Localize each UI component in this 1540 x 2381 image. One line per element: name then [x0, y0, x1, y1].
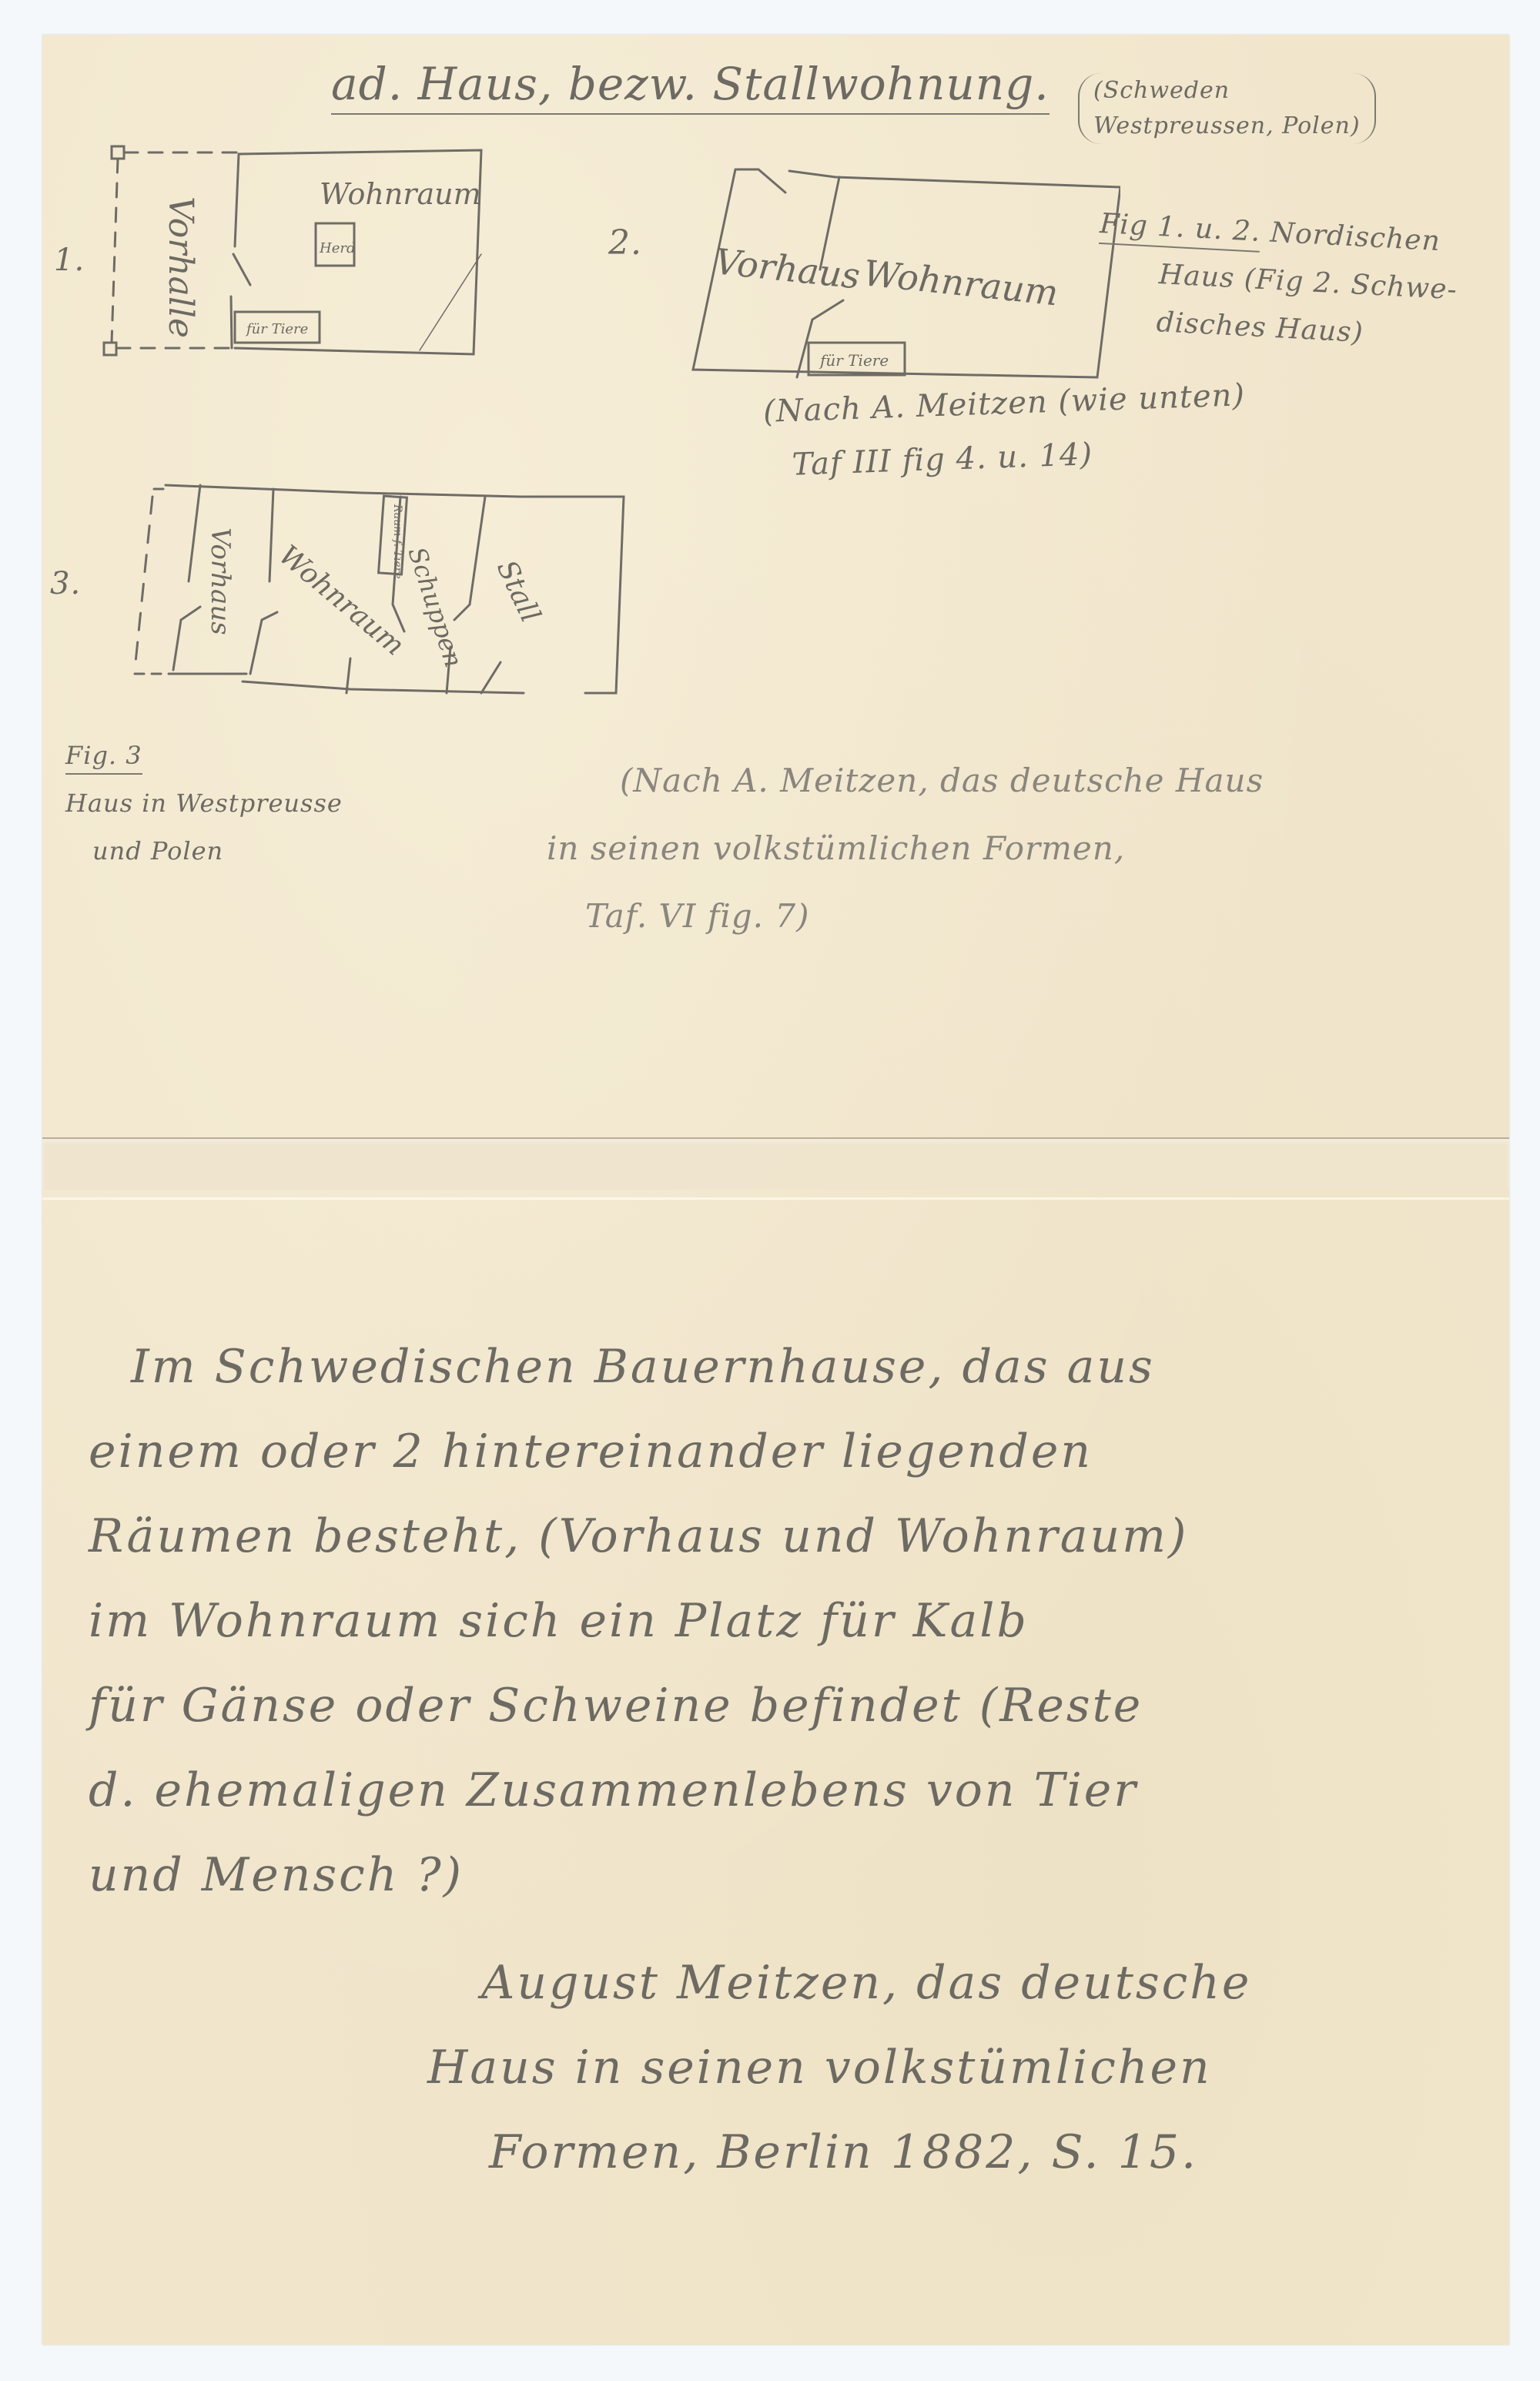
- fig3-label: Fig. 3: [65, 741, 142, 775]
- figure-1-floorplan: Vorhalle Wohnraum Herd für Tiere: [96, 139, 527, 370]
- fig3-source-line-2: in seinen volkstümlichen Formen,: [547, 815, 1264, 882]
- body-line-2: einem oder 2 hintereinander liegenden: [89, 1409, 1188, 1494]
- figure-2-number: 2.: [608, 223, 642, 263]
- citation-line-2: Haus in seinen volkstümlichen: [427, 2025, 1251, 2110]
- body-line-3: Räumen besteht, (Vorhaus und Wohnraum): [89, 1494, 1188, 1579]
- body-line-6: d. ehemaligen Zusammenlebens von Tier: [89, 1748, 1188, 1833]
- fig12-source: (Nach A. Meitzen (wie unten) Taf III fig…: [762, 368, 1248, 493]
- figure-3-room-stall: Stall: [490, 555, 547, 627]
- citation-line-1: August Meitzen, das deutsche: [427, 1941, 1251, 2025]
- fig12-label: Fig 1. u. 2.: [1099, 208, 1261, 253]
- fig3-caption: Fig. 3 Haus in Westpreusse und Polen: [65, 732, 343, 875]
- figure-2-fuer-tiere: für Tiere: [819, 351, 889, 370]
- figure-1-number: 1.: [54, 243, 85, 278]
- figure-3-number: 3.: [50, 566, 81, 601]
- figure-3-room-schuppen: Schuppen: [402, 544, 468, 671]
- fig3-source-line-3: Taf. VI fig. 7): [547, 882, 1264, 950]
- body-line-4: im Wohnraum sich ein Platz für Kalb: [89, 1579, 1188, 1663]
- fig3-line-2: und Polen: [65, 827, 343, 875]
- figure-3-floorplan: Vorhaus Wohnraum Schuppen Stall Raum f. …: [85, 466, 639, 720]
- figure-3-room-wohnraum: Wohnraum: [273, 539, 410, 661]
- fig3-source-line-1: (Nach A. Meitzen, das deutsche Haus: [547, 747, 1264, 815]
- fig12-line-1: Nordischen: [1270, 217, 1441, 258]
- paper-fold: [42, 1137, 1509, 1190]
- figure-3-raum-tiere: Raum f. Tiere: [391, 504, 403, 579]
- citation-line-3: Formen, Berlin 1882, S. 15.: [427, 2110, 1251, 2195]
- side-note-line-1: (Schweden: [1093, 73, 1361, 109]
- figure-1-herd: Herd: [319, 240, 355, 256]
- page-title: ad. Haus, bezw. Stallwohnung.: [331, 58, 1050, 110]
- figure-1-fuer-tiere: für Tiere: [245, 321, 308, 337]
- figure-1-room-vorhalle: Vorhalle: [161, 196, 200, 338]
- figure-2-floorplan: Vorhaus Wohnraum für Tiere: [643, 158, 1120, 389]
- body-line-7: und Mensch ?): [89, 1833, 1188, 1917]
- figure-2-room-vorhaus: Vorhaus: [713, 240, 862, 296]
- body-line-1: Im Schwedischen Bauernhause, das aus: [89, 1324, 1188, 1409]
- body-text: Im Schwedischen Bauernhause, das aus ein…: [89, 1324, 1188, 1917]
- fig3-line-1: Haus in Westpreusse: [65, 779, 343, 827]
- paper-crease: [42, 1197, 1509, 1200]
- fig12-caption: Fig 1. u. 2. Nordischen Haus (Fig 2. Sch…: [1093, 200, 1461, 362]
- side-note-line-2: Westpreussen, Polen): [1093, 109, 1361, 144]
- fig3-source: (Nach A. Meitzen, das deutsche Haus in s…: [547, 747, 1264, 950]
- manuscript-page: ad. Haus, bezw. Stallwohnung. (Schweden …: [42, 35, 1509, 2345]
- side-note: (Schweden Westpreussen, Polen): [1078, 73, 1376, 144]
- figure-2-room-wohnraum: Wohnraum: [862, 252, 1060, 313]
- body-line-5: für Gänse oder Schweine befindet (Reste: [89, 1663, 1188, 1748]
- figure-3-room-vorhaus: Vorhaus: [205, 527, 236, 635]
- figure-1-room-wohnraum: Wohnraum: [320, 177, 481, 211]
- page-title-text: ad. Haus, bezw. Stallwohnung.: [331, 58, 1050, 115]
- citation: August Meitzen, das deutsche Haus in sei…: [427, 1941, 1251, 2195]
